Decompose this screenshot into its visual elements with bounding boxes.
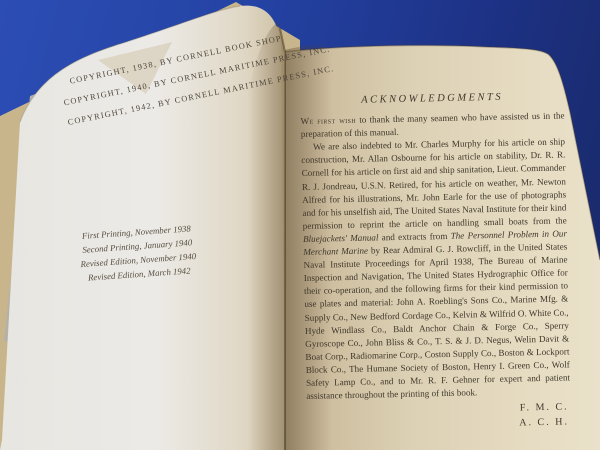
signature-initials: F. M. C. A. C. H. [307,401,572,436]
acknowledgments-page: ACKNOWLEDGMENTS We first wish to thank t… [300,89,571,435]
book-title-italic: Bluejackets' Manual [303,232,379,244]
paragraph-text: by Rear Admiral G. J. Rowcliff, in the U… [303,241,570,401]
paragraph-text: and extracts from [378,231,450,243]
printing-history-block: First Printing, November 1938 Second Pri… [66,220,210,286]
paragraph-text: We are also indebted to Mr. Charles Murp… [301,137,567,231]
acknowledgments-paragraph-2: We are also indebted to Mr. Charles Murp… [301,136,570,403]
book-photo: COPYRIGHT, 1938, BY CORNELL BOOK SHOP CO… [0,0,600,450]
paragraph-lead-smallcaps: We first wish [300,115,356,126]
